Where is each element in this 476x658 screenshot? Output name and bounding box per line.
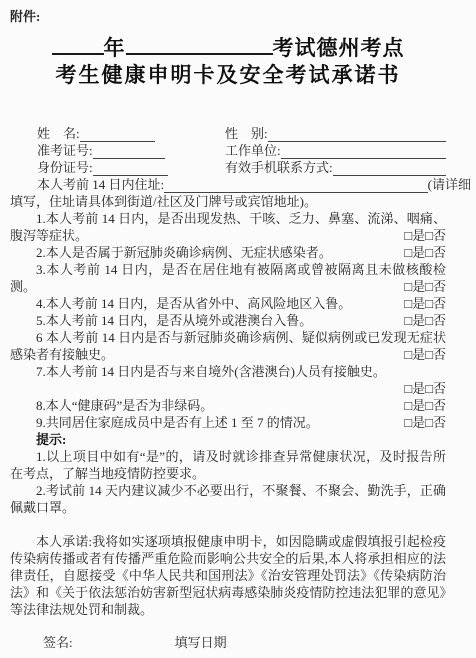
id-number-input-line bbox=[93, 163, 168, 176]
yes-checkbox: □是 bbox=[404, 245, 425, 260]
question-7-text: 7.本人考前 14 日内是否与来自境外(含港澳台)人员有接触史。 bbox=[10, 363, 446, 380]
question-3: 3.本人考前 14 日内，是否在居住地有被隔离或曾被隔离且未做核酸检测。 □是□… bbox=[10, 261, 446, 295]
question-1-text: 1.本人考前 14 日内，是否出现发热、干咳、乏力、鼻塞、流涕、咽痛、腹泻等症状… bbox=[10, 210, 446, 244]
title-exam-name-blank-line bbox=[126, 53, 273, 55]
yes-checkbox: □是 bbox=[404, 398, 425, 413]
no-checkbox: □否 bbox=[425, 279, 446, 294]
info-row-1: 姓 名: 性 别: bbox=[10, 125, 446, 142]
question-2-answer: □是□否 bbox=[404, 244, 446, 261]
commitment-paragraph: 本人承诺:我将如实逐项填报健康申明卡，如因隐瞒或虚假填报引起检疫传染病传播或者有… bbox=[10, 533, 446, 618]
question-1: 1.本人考前 14 日内，是否出现发热、干咳、乏力、鼻塞、流涕、咽痛、腹泻等症状… bbox=[10, 210, 446, 244]
address-field-label: 本人考前 14 日内住址: bbox=[37, 176, 164, 193]
title-year-blank-line bbox=[52, 53, 104, 55]
yes-checkbox: □是 bbox=[404, 381, 425, 396]
address-note-wrap: 填写，住址请具体到街道/社区及门牌号或宾馆地址)。 bbox=[10, 193, 446, 210]
yes-checkbox: □是 bbox=[404, 279, 425, 294]
personal-info-section: 姓 名: 性 别: 准考证号: 工作单位: 身份证号: 有效手机联系方式: 本人… bbox=[10, 125, 446, 210]
address-input-line bbox=[164, 180, 428, 193]
questions-section: 1.本人考前 14 日内，是否出现发热、干咳、乏力、鼻塞、流涕、咽痛、腹泻等症状… bbox=[10, 210, 446, 431]
name-field-label: 姓 名: bbox=[37, 125, 80, 142]
question-4-text: 4.本人考前 14 日内，是否从省外中、高风险地区入鲁。 bbox=[10, 295, 446, 312]
admission-ticket-field-label: 准考证号: bbox=[37, 142, 93, 159]
tips-section: 提示: 1.以上项目中如有“是”的，请及时就诊排查异常健康状况，及时报告所在考点… bbox=[10, 431, 446, 516]
question-3-text: 3.本人考前 14 日内，是否在居住地有被隔离或曾被隔离且未做核酸检测。 bbox=[10, 261, 446, 295]
question-2-text: 2.本人是否属于新冠肺炎确诊病例、无症状感染者。 bbox=[10, 244, 446, 261]
no-checkbox: □否 bbox=[425, 245, 446, 260]
question-8-text: 8.本人“健康码”是否为非绿码。 bbox=[10, 397, 446, 414]
gender-field-label: 性 别: bbox=[225, 125, 268, 142]
question-3-answer: □是□否 bbox=[404, 278, 446, 295]
question-7-answer: □是□否 bbox=[10, 380, 446, 397]
phone-input-line bbox=[333, 163, 446, 176]
question-9-answer: □是□否 bbox=[404, 414, 446, 431]
question-5-text: 5.本人考前 14 日内，是否从境外或港澳台入鲁。 bbox=[10, 312, 446, 329]
no-checkbox: □否 bbox=[425, 296, 446, 311]
no-checkbox: □否 bbox=[425, 381, 446, 396]
yes-checkbox: □是 bbox=[404, 347, 425, 362]
title-exam-site-label: 考试德州考点 bbox=[273, 36, 405, 60]
work-unit-field-label: 工作单位: bbox=[225, 142, 281, 159]
yes-checkbox: □是 bbox=[404, 313, 425, 328]
yes-checkbox: □是 bbox=[404, 228, 425, 243]
admission-ticket-input-line bbox=[93, 146, 165, 159]
question-9-text: 9.共同居住家庭成员中是否有上述 1 至 7 的情况。 bbox=[10, 414, 446, 431]
title-year-label: 年 bbox=[104, 36, 126, 60]
question-8: 8.本人“健康码”是否为非绿码。 □是□否 bbox=[10, 397, 446, 414]
no-checkbox: □否 bbox=[425, 228, 446, 243]
question-5-answer: □是□否 bbox=[404, 312, 446, 329]
signature-row: 签名:填写日期 bbox=[10, 634, 446, 651]
question-5: 5.本人考前 14 日内，是否从境外或港澳台入鲁。 □是□否 bbox=[10, 312, 446, 329]
question-4-answer: □是□否 bbox=[404, 295, 446, 312]
info-row-2: 准考证号: 工作单位: bbox=[10, 142, 446, 159]
phone-field-label: 有效手机联系方式: bbox=[225, 159, 333, 176]
question-8-answer: □是□否 bbox=[404, 397, 446, 414]
question-1-answer: □是□否 bbox=[404, 227, 446, 244]
address-row: 本人考前 14 日内住址:(请详细 bbox=[10, 176, 471, 193]
yes-checkbox: □是 bbox=[404, 415, 425, 430]
tip-item-1: 1.以上项目中如有“是”的，请及时就诊排查异常健康状况，及时报告所在考点，了解当… bbox=[10, 448, 446, 482]
no-checkbox: □否 bbox=[425, 347, 446, 362]
question-6: 6 本人考前 14 日内是否与新冠肺炎确诊病例、疑似病例或已发现无症状感染者有接… bbox=[10, 329, 446, 363]
gender-input-line bbox=[268, 129, 446, 142]
name-input-line bbox=[80, 129, 155, 142]
yes-checkbox: □是 bbox=[404, 296, 425, 311]
question-6-text: 6 本人考前 14 日内是否与新冠肺炎确诊病例、疑似病例或已发现无症状感染者有接… bbox=[10, 329, 446, 363]
address-note-start: (请详细 bbox=[428, 176, 471, 193]
id-number-field-label: 身份证号: bbox=[37, 159, 93, 176]
document-title: 年考试德州考点 考生健康申明卡及安全考试承诺书 bbox=[10, 35, 446, 89]
tip-item-2: 2.考试前 14 天内建议减少不必要出行，不聚餐、不聚会、勤洗手，正确佩戴口罩。 bbox=[10, 482, 446, 516]
work-unit-input-line bbox=[281, 146, 446, 159]
title-line-1: 年考试德州考点 bbox=[10, 35, 446, 62]
question-4: 4.本人考前 14 日内，是否从省外中、高风险地区入鲁。 □是□否 bbox=[10, 295, 446, 312]
tips-heading: 提示: bbox=[10, 431, 446, 448]
question-9: 9.共同居住家庭成员中是否有上述 1 至 7 的情况。 □是□否 bbox=[10, 414, 446, 431]
signature-label: 签名: bbox=[43, 635, 73, 650]
attachment-label: 附件: bbox=[10, 8, 446, 25]
title-subtitle: 考生健康申明卡及安全考试承诺书 bbox=[10, 62, 446, 89]
fill-date-label: 填写日期 bbox=[175, 635, 227, 650]
no-checkbox: □否 bbox=[425, 398, 446, 413]
no-checkbox: □否 bbox=[425, 415, 446, 430]
health-declaration-document: 附件: 年考试德州考点 考生健康申明卡及安全考试承诺书 姓 名: 性 别: 准考… bbox=[0, 0, 476, 651]
question-2: 2.本人是否属于新冠肺炎确诊病例、无症状感染者。 □是□否 bbox=[10, 244, 446, 261]
question-6-answer: □是□否 bbox=[404, 346, 446, 363]
no-checkbox: □否 bbox=[425, 313, 446, 328]
info-row-3: 身份证号: 有效手机联系方式: bbox=[10, 159, 446, 176]
question-7: 7.本人考前 14 日内是否与来自境外(含港澳台)人员有接触史。 □是□否 bbox=[10, 363, 446, 397]
